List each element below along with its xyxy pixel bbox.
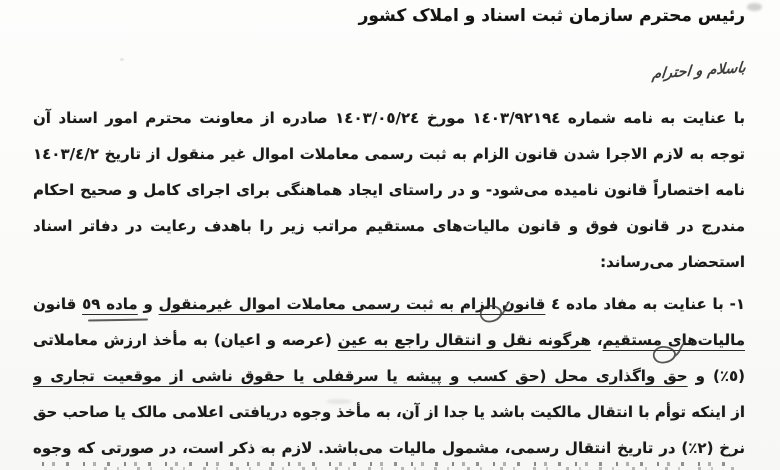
scanned-letter-page: رئیس محترم سازمان ثبت اسناد و املاک کشور… [0, 0, 780, 470]
intro-line-5: استحضار می‌رساند: [33, 244, 745, 280]
intro-line-3: نامه اختصاراً قانون نامیده می‌شود- و در … [33, 172, 745, 208]
cutoff-next-line [42, 462, 738, 470]
handwritten-greeting: باسلام و احترام [652, 60, 747, 83]
scan-smudge [747, 3, 762, 11]
scan-speck [120, 58, 124, 61]
intro-paragraph: با عنایت به نامه شماره ١٤٠٣/٩٢١٩٤ مورخ ١… [33, 100, 745, 280]
item1-line-4: از اینکه توأم با انتقال مالکیت باشد یا ج… [33, 394, 745, 430]
recipient-title: رئیس محترم سازمان ثبت اسناد و املاک کشور [359, 6, 745, 26]
handwritten-annotation-mark [476, 299, 514, 329]
item1-line-2: مالیات‌های مستقیم، هرگونه نقل و انتقال ر… [33, 322, 745, 358]
handwritten-annotation-mark [648, 339, 690, 370]
item1-line-1: ١- با عنایت به مفاد ماده ٤ قانون الزام ب… [33, 286, 745, 322]
intro-line-4: مندرج در قانون فوق و قانون مالیات‌های مس… [33, 208, 745, 244]
intro-line-2: توجه به لازم الاجرا شدن قانون الزام به ث… [33, 136, 745, 172]
item1-line-5: نرخ (٢٪) در تاریخ انتقال رسمی، مشمول مال… [33, 430, 745, 466]
item-1-paragraph: ١- با عنایت به مفاد ماده ٤ قانون الزام ب… [33, 286, 745, 466]
item1-line-3: (٥٪) و حق واگذاری محل (حق کسب و پیشه یا … [33, 358, 745, 394]
intro-line-1: با عنایت به نامه شماره ١٤٠٣/٩٢١٩٤ مورخ ١… [33, 100, 745, 136]
